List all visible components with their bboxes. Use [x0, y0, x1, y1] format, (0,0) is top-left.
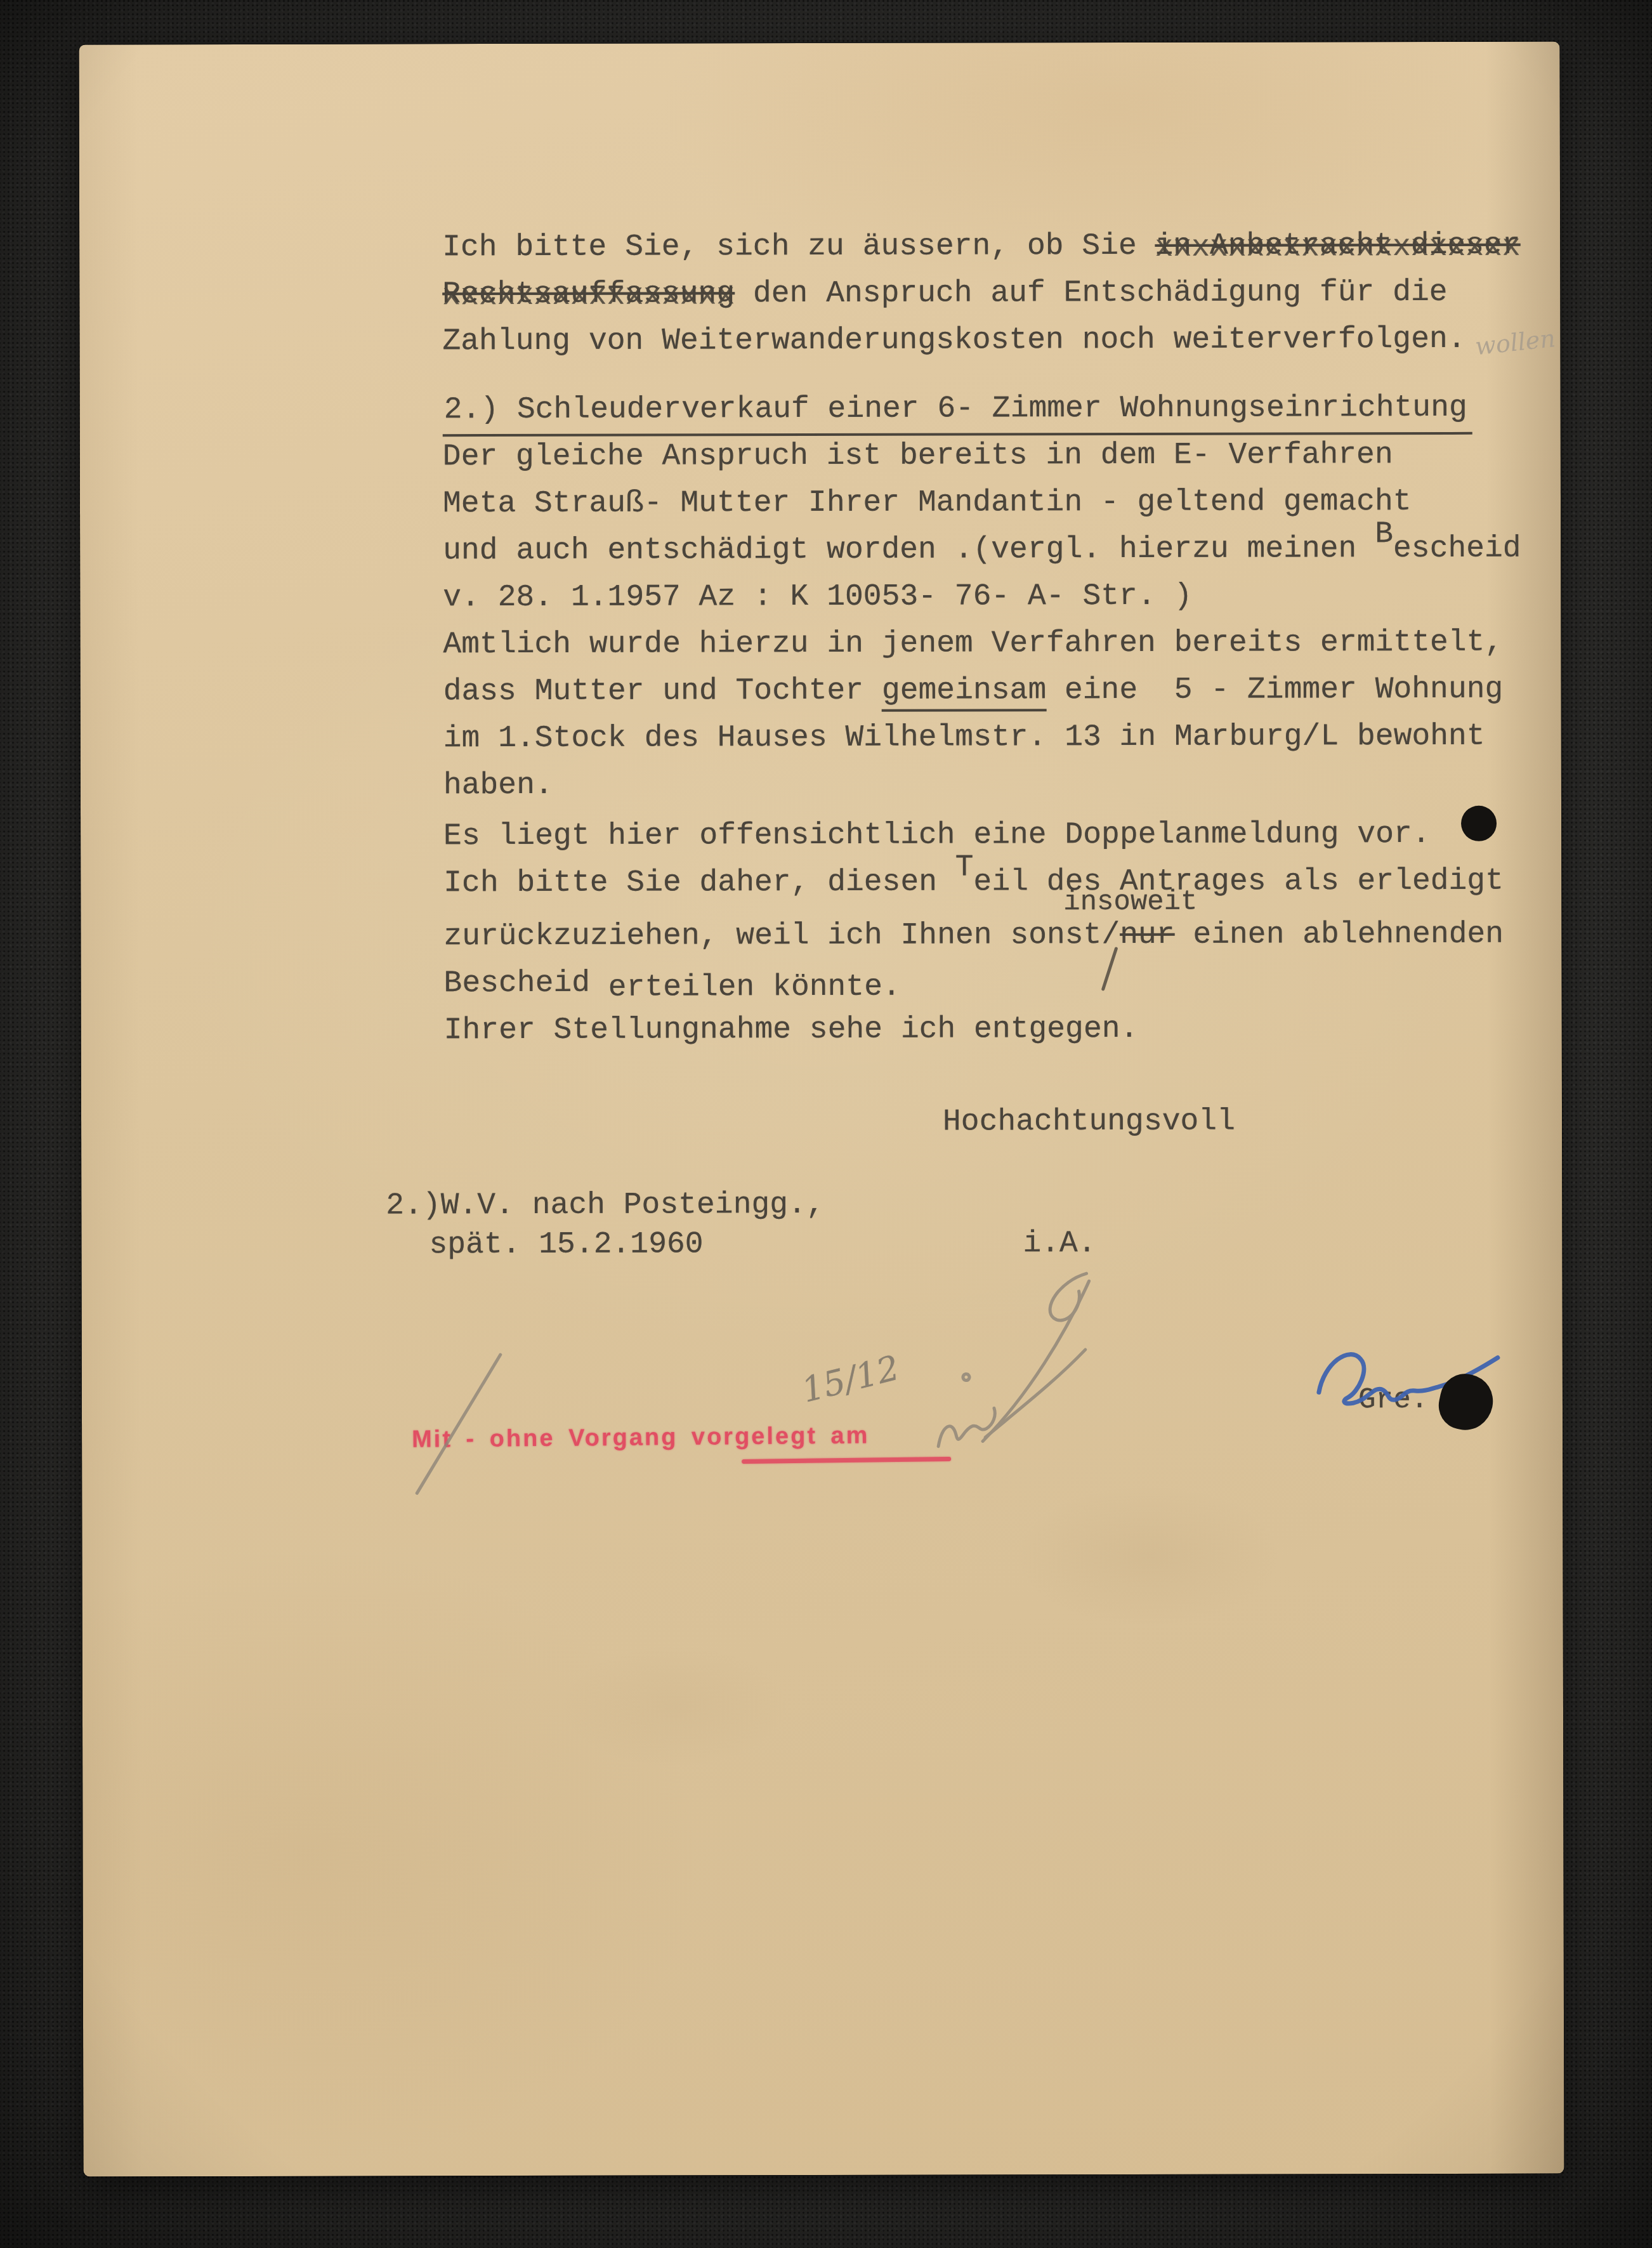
pencil-stamp-date: 15/12 — [798, 1348, 903, 1410]
typed-text: escheid — [1393, 532, 1521, 566]
typed-line-1: Ich bitte Sie, sich zu äussern, ob Sie i… — [442, 228, 1521, 266]
struck-text-1: in Anbetracht dieserxxxxxxxxxxxxxxxxxxxx — [1155, 228, 1520, 264]
typed-line-10: im 1.Stock des Hauses Wilhelmstr. 13 in … — [443, 720, 1485, 757]
typed-line-15: Bescheid erteilen könnte. — [444, 966, 901, 1002]
scanned-document-background: Ich bitte Sie, sich zu äussern, ob Sie i… — [0, 0, 1652, 2248]
typed-line-3: Zahlung von Weiterwanderungskosten noch … — [442, 322, 1555, 360]
typed-text: Meta Strauß- Mutter Ihrer Mandantin - ge… — [443, 485, 1412, 521]
typed-line-7: v. 28. 1.1957 Az : K 10053- 76- A- Str. … — [443, 579, 1192, 616]
paper-sheet: Ich bitte Sie, sich zu äussern, ob Sie i… — [79, 42, 1564, 2177]
typed-text: einen ablehnenden — [1175, 917, 1504, 952]
pencil-slash — [394, 1346, 521, 1511]
stamp-underline — [742, 1457, 951, 1464]
overtype-x: xxxxxxxxxxxxxxxxxxxx — [1155, 230, 1520, 266]
handwritten-date: 15/12 — [798, 1348, 903, 1410]
underlined-word: gemeinsam — [882, 673, 1046, 712]
underlined-heading: 2.) Schleuderverkauf einer 6- Zimmer Woh… — [443, 391, 1472, 437]
lowered-text: erteilen könnte. — [608, 970, 901, 1004]
typed-line-5: Meta Strauß- Mutter Ihrer Mandantin - ge… — [443, 485, 1412, 522]
typed-line-6: und auch entschädigt worden .(vergl. hie… — [443, 532, 1521, 569]
typed-text: im 1.Stock des Hauses Wilhelmstr. 13 in … — [443, 720, 1485, 756]
struck-word: nur — [1120, 918, 1175, 952]
typed-text: und auch entschädigt worden .(vergl. hie… — [443, 532, 1375, 568]
overtype-x: xxxxxxxxxxxxxxxx — [442, 279, 735, 314]
typed-line-11: haben. — [443, 768, 553, 804]
typed-line-12: Es liegt hier offensichtlich eine Doppel… — [443, 817, 1431, 854]
typed-line-9: dass Mutter und Tochter gemeinsam eine 5… — [443, 673, 1504, 710]
typed-line-16: Ihrer Stellungnahme sehe ich entgegen. — [444, 1012, 1139, 1048]
typed-text: Amtlich wurde hierzu in jenem Verfahren … — [443, 626, 1503, 662]
section-heading: 2.) Schleuderverkauf einer 6- Zimmer Woh… — [443, 391, 1472, 437]
typed-text: Hochachtungsvoll — [943, 1105, 1235, 1140]
typed-text: eine 5 - Zimmer Wohnung — [1046, 673, 1503, 708]
typed-text: Bescheid — [444, 966, 608, 1001]
typed-text: Ich bitte Sie, sich zu äussern, ob Sie — [442, 229, 1155, 265]
wv-note-line-2: spät. 15.2.1960 — [429, 1227, 703, 1263]
typed-text: v. 28. 1.1957 Az : K 10053- 76- A- Str. … — [443, 579, 1192, 615]
typed-line-13: Ich bitte Sie daher, diesen Teil des Ant… — [443, 864, 1504, 902]
typed-text: Ihrer Stellungnahme sehe ich entgegen. — [444, 1012, 1139, 1048]
typed-line-4: Der gleiche Anspruch ist bereits in dem … — [443, 438, 1393, 475]
insertion-slash — [1101, 947, 1118, 991]
typed-text: dass Mutter und Tochter — [443, 674, 882, 709]
typed-text: haben. — [443, 768, 553, 803]
typed-text: eil des Antrages als erledigt — [974, 864, 1504, 900]
pencil-paraph — [926, 1256, 1130, 1472]
typed-text: Der gleiche Anspruch ist bereits in dem … — [443, 438, 1393, 474]
typed-line-14: zurückzuziehen, weil ich Ihnen sonst/nur… — [443, 917, 1504, 955]
typed-text: zurückzuziehen, weil ich Ihnen sonst/ — [443, 918, 1120, 954]
typed-text: spät. 15.2.1960 — [429, 1227, 703, 1262]
typed-text: Zahlung von Weiterwanderungskosten noch … — [442, 322, 1465, 358]
struck-text-2: Rechtsauffassungxxxxxxxxxxxxxxxx — [442, 277, 735, 312]
typed-line-2: Rechtsauffassungxxxxxxxxxxxxxxxx den Ans… — [442, 275, 1447, 313]
typed-text: den Anspruch auf Entschädigung für die — [735, 275, 1448, 311]
pencil-annotation: wollen — [1474, 324, 1557, 360]
raised-letter: T — [955, 850, 974, 884]
raised-letter: B — [1375, 517, 1393, 551]
hole-punch-top — [1461, 806, 1497, 841]
typed-text: 2.)W.V. nach Posteingg., — [386, 1188, 824, 1223]
wv-note-line-1: 2.)W.V. nach Posteingg., — [386, 1188, 824, 1224]
typed-text: Ich bitte Sie daher, diesen — [443, 865, 955, 901]
typed-text: Es liegt hier offensichtlich eine Doppel… — [443, 817, 1431, 853]
closing-salutation: Hochachtungsvoll — [943, 1105, 1235, 1140]
inserted-word-above: insoweit — [1063, 886, 1197, 919]
typed-line-8: Amtlich wurde hierzu in jenem Verfahren … — [443, 626, 1503, 663]
